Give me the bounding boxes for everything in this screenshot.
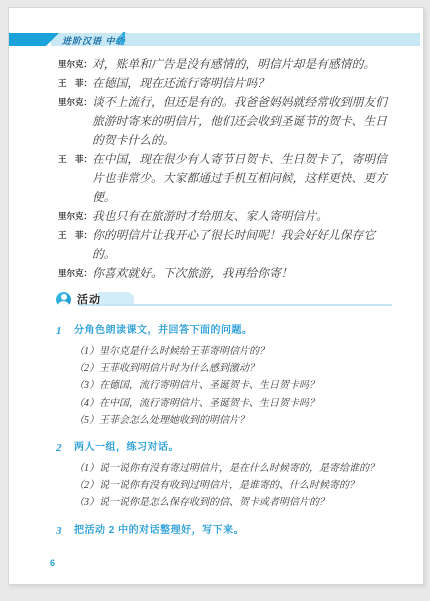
header-band: 进阶汉语 中级 4 bbox=[9, 33, 423, 46]
question: （2）说一说你有没有收到过明信片，是谁寄的、什么时候寄的？ bbox=[56, 477, 396, 494]
speaker-text: 谈不上流行，但还是有的。我爸爸妈妈就经常收到朋友们旅游时寄来的明信片，他们还会收… bbox=[92, 93, 390, 150]
question-list: （1）里尔克是什么时候给王菲寄明信片的？ （2）王菲收到明信片时为什么感到激动？… bbox=[56, 343, 396, 429]
question: （3）在德国，流行寄明信片、圣诞贺卡、生日贺卡吗？ bbox=[56, 377, 396, 394]
activities-title: 活动 bbox=[77, 291, 101, 307]
dialogue-line: 里尔克： 谈不上流行，但还是有的。我爸爸妈妈就经常收到朋友们旅游时寄来的明信片，… bbox=[58, 93, 390, 150]
dialogue-line: 里尔克： 对，账单和广告是没有感情的，明信片却是有感情的。 bbox=[58, 55, 390, 74]
person-icon bbox=[56, 292, 71, 307]
dialogue-line: 王 菲： 在中国，现在很少有人寄节日贺卡、生日贺卡了，寄明信片也非常少。大家都通… bbox=[58, 150, 390, 207]
speaker-text: 你喜欢就好。下次旅游，我再给你寄！ bbox=[92, 264, 390, 283]
speaker-name: 里尔克： bbox=[58, 264, 92, 283]
volume-number: 4 bbox=[116, 28, 126, 51]
activity-title-row: 2 两人一组，练习对话。 bbox=[56, 441, 396, 455]
question: （1）说一说你有没有寄过明信片，是在什么时候寄的，是寄给谁的？ bbox=[56, 460, 396, 477]
speaker-name: 里尔克： bbox=[58, 55, 92, 74]
dialogue-line: 里尔克： 你喜欢就好。下次旅游，我再给你寄！ bbox=[58, 264, 390, 283]
speaker-text: 对，账单和广告是没有感情的，明信片却是有感情的。 bbox=[92, 55, 390, 74]
activity-item-3: 3 把活动 2 中的对话整理好，写下来。 bbox=[56, 524, 396, 538]
activity-title-row: 3 把活动 2 中的对话整理好，写下来。 bbox=[56, 524, 396, 538]
page-number: 6 bbox=[50, 558, 55, 568]
question-list: （1）说一说你有没有寄过明信片，是在什么时候寄的，是寄给谁的？ （2）说一说你有… bbox=[56, 460, 396, 512]
activity-number: 3 bbox=[56, 524, 74, 538]
speaker-text: 在中国，现在很少有人寄节日贺卡、生日贺卡了，寄明信片也非常少。大家都通过手机互相… bbox=[92, 150, 390, 207]
activities-header: 活动 bbox=[56, 291, 396, 307]
question: （5）王菲会怎么处理她收到的明信片？ bbox=[56, 412, 396, 429]
textbook-page: 进阶汉语 中级 4 里尔克： 对，账单和广告是没有感情的，明信片却是有感情的。 … bbox=[8, 7, 424, 585]
activity-title-row: 1 分角色朗读课文，并回答下面的问题。 bbox=[56, 324, 396, 338]
activity-instruction: 分角色朗读课文，并回答下面的问题。 bbox=[74, 324, 253, 338]
activity-item-2: 2 两人一组，练习对话。 （1）说一说你有没有寄过明信片，是在什么时候寄的，是寄… bbox=[56, 441, 396, 512]
speaker-name: 王 菲： bbox=[58, 226, 92, 264]
activity-instruction: 两人一组，练习对话。 bbox=[74, 441, 179, 455]
activity-instruction: 把活动 2 中的对话整理好，写下来。 bbox=[74, 524, 244, 538]
question: （2）王菲收到明信片时为什么感到激动？ bbox=[56, 360, 396, 377]
speaker-text: 我也只有在旅游时才给朋友、家人寄明信片。 bbox=[92, 207, 390, 226]
speaker-name: 里尔克： bbox=[58, 207, 92, 226]
dialogue-line: 里尔克： 我也只有在旅游时才给朋友、家人寄明信片。 bbox=[58, 207, 390, 226]
question: （4）在中国，流行寄明信片、圣诞贺卡、生日贺卡吗？ bbox=[56, 395, 396, 412]
speaker-text: 你的明信片让我开心了很长时间呢！我会好好儿保存它的。 bbox=[92, 226, 390, 264]
question: （3）说一说你是怎么保存收到的信、贺卡或者明信片的？ bbox=[56, 494, 396, 511]
question: （1）里尔克是什么时候给王菲寄明信片的？ bbox=[56, 343, 396, 360]
speaker-name: 王 菲： bbox=[58, 150, 92, 207]
speaker-text: 在德国，现在还流行寄明信片吗？ bbox=[92, 74, 390, 93]
speaker-name: 王 菲： bbox=[58, 74, 92, 93]
activities-section: 活动 1 分角色朗读课文，并回答下面的问题。 （1）里尔克是什么时候给王菲寄明信… bbox=[56, 291, 396, 550]
dialogue-block: 里尔克： 对，账单和广告是没有感情的，明信片却是有感情的。 王 菲： 在德国，现… bbox=[58, 55, 390, 283]
activity-number: 2 bbox=[56, 441, 74, 455]
dialogue-line: 王 菲： 你的明信片让我开心了很长时间呢！我会好好儿保存它的。 bbox=[58, 226, 390, 264]
speaker-name: 里尔克： bbox=[58, 93, 92, 150]
activity-item-1: 1 分角色朗读课文，并回答下面的问题。 （1）里尔克是什么时候给王菲寄明信片的？… bbox=[56, 324, 396, 429]
activity-number: 1 bbox=[56, 324, 74, 338]
dialogue-line: 王 菲： 在德国，现在还流行寄明信片吗？ bbox=[58, 74, 390, 93]
